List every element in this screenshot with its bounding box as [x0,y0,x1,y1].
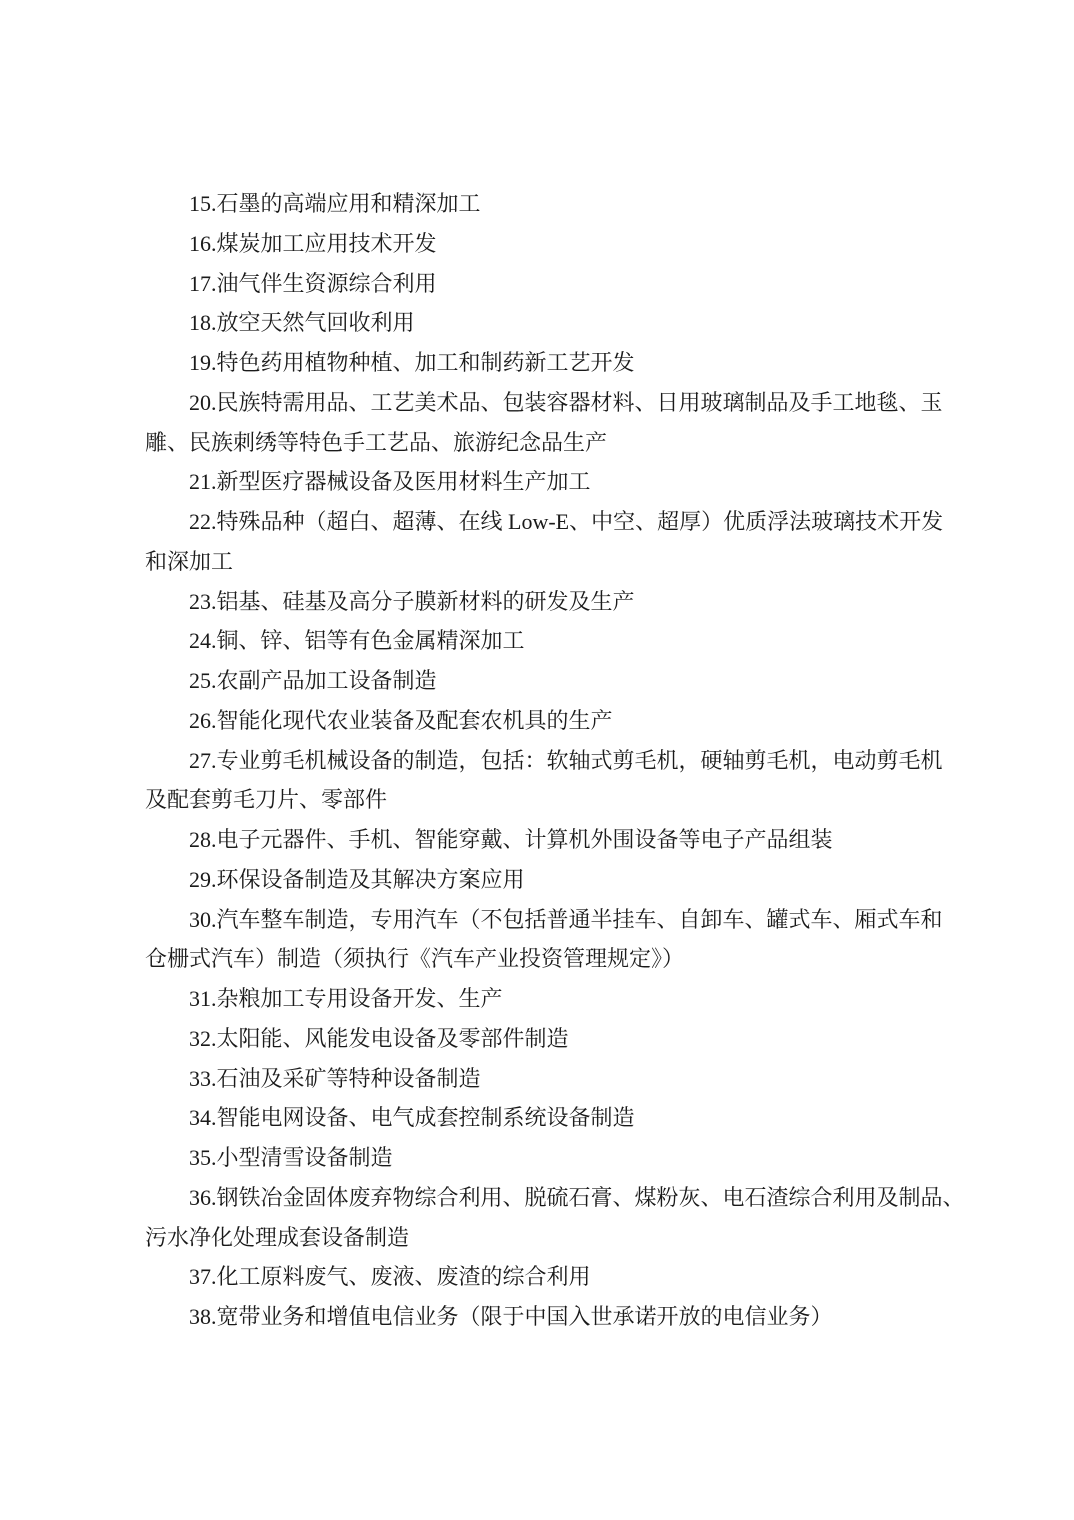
list-item-line: 20.民族特需用品、工艺美术品、包装容器材料、日用玻璃制品及手工地毯、玉 [145,383,996,423]
list-item-38: 38.宽带业务和增值电信业务（限于中国入世承诺开放的电信业务） [145,1297,996,1337]
list-item-line: 29.环保设备制造及其解决方案应用 [145,860,996,900]
list-item-30: 30.汽车整车制造，专用汽车（不包括普通半挂车、自卸车、罐式车、厢式车和 仓栅式… [145,900,996,980]
list-item-line: 21.新型医疗器械设备及医用材料生产加工 [145,462,996,502]
list-item-line: 雕、民族刺绣等特色手工艺品、旅游纪念品生产 [145,423,996,463]
list-item-line: 22.特殊品种（超白、超薄、在线 Low-E、中空、超厚）优质浮法玻璃技术开发 [145,502,996,542]
list-item-25: 25.农副产品加工设备制造 [145,661,996,701]
list-item-19: 19.特色药用植物种植、加工和制药新工艺开发 [145,343,996,383]
list-item-line: 36.钢铁冶金固体废弃物综合利用、脱硫石膏、煤粉灰、电石渣综合利用及制品、 [145,1178,996,1218]
list-item-line: 26.智能化现代农业装备及配套农机具的生产 [145,701,996,741]
list-item-18: 18.放空天然气回收利用 [145,303,996,343]
list-item-line: 17.油气伴生资源综合利用 [145,264,996,304]
list-item-24: 24.铜、锌、铝等有色金属精深加工 [145,621,996,661]
list-item-line: 19.特色药用植物种植、加工和制药新工艺开发 [145,343,996,383]
list-item-37: 37.化工原料废气、废液、废渣的综合利用 [145,1257,996,1297]
list-item-22: 22.特殊品种（超白、超薄、在线 Low-E、中空、超厚）优质浮法玻璃技术开发 … [145,502,996,582]
list-item-31: 31.杂粮加工专用设备开发、生产 [145,979,996,1019]
list-item-26: 26.智能化现代农业装备及配套农机具的生产 [145,701,996,741]
list-item-line: 27.专业剪毛机械设备的制造，包括：软轴式剪毛机，硬轴剪毛机，电动剪毛机 [145,741,996,781]
list-item-line: 25.农副产品加工设备制造 [145,661,996,701]
list-item-21: 21.新型医疗器械设备及医用材料生产加工 [145,462,996,502]
list-item-36: 36.钢铁冶金固体废弃物综合利用、脱硫石膏、煤粉灰、电石渣综合利用及制品、 污水… [145,1178,996,1258]
list-item-28: 28.电子元器件、手机、智能穿戴、计算机外围设备等电子产品组装 [145,820,996,860]
list-item-34: 34.智能电网设备、电气成套控制系统设备制造 [145,1098,996,1138]
list-item-20: 20.民族特需用品、工艺美术品、包装容器材料、日用玻璃制品及手工地毯、玉 雕、民… [145,383,996,463]
list-item-line: 16.煤炭加工应用技术开发 [145,224,996,264]
list-item-35: 35.小型清雪设备制造 [145,1138,996,1178]
list-item-line: 15.石墨的高端应用和精深加工 [145,184,996,224]
list-item-line: 和深加工 [145,542,996,582]
list-item-33: 33.石油及采矿等特种设备制造 [145,1059,996,1099]
list-item-line: 仓栅式汽车）制造（须执行《汽车产业投资管理规定》） [145,939,996,979]
list-item-line: 及配套剪毛刀片、零部件 [145,780,996,820]
list-item-line: 34.智能电网设备、电气成套控制系统设备制造 [145,1098,996,1138]
list-item-line: 28.电子元器件、手机、智能穿戴、计算机外围设备等电子产品组装 [145,820,996,860]
list-item-32: 32.太阳能、风能发电设备及零部件制造 [145,1019,996,1059]
list-item-29: 29.环保设备制造及其解决方案应用 [145,860,996,900]
list-item-line: 污水净化处理成套设备制造 [145,1218,996,1258]
list-item-15: 15.石墨的高端应用和精深加工 [145,184,996,224]
document-page: 15.石墨的高端应用和精深加工 16.煤炭加工应用技术开发 17.油气伴生资源综… [0,0,1074,1520]
list-item-line: 37.化工原料废气、废液、废渣的综合利用 [145,1257,996,1297]
list-item-line: 33.石油及采矿等特种设备制造 [145,1059,996,1099]
list-item-16: 16.煤炭加工应用技术开发 [145,224,996,264]
list-item-line: 31.杂粮加工专用设备开发、生产 [145,979,996,1019]
list-item-line: 23.铝基、硅基及高分子膜新材料的研发及生产 [145,582,996,622]
list-item-line: 35.小型清雪设备制造 [145,1138,996,1178]
list-item-line: 38.宽带业务和增值电信业务（限于中国入世承诺开放的电信业务） [145,1297,996,1337]
list-item-line: 18.放空天然气回收利用 [145,303,996,343]
list-item-27: 27.专业剪毛机械设备的制造，包括：软轴式剪毛机，硬轴剪毛机，电动剪毛机 及配套… [145,741,996,821]
list-item-line: 30.汽车整车制造，专用汽车（不包括普通半挂车、自卸车、罐式车、厢式车和 [145,900,996,940]
list-item-23: 23.铝基、硅基及高分子膜新材料的研发及生产 [145,582,996,622]
list-item-line: 24.铜、锌、铝等有色金属精深加工 [145,621,996,661]
list-item-line: 32.太阳能、风能发电设备及零部件制造 [145,1019,996,1059]
list-item-17: 17.油气伴生资源综合利用 [145,264,996,304]
